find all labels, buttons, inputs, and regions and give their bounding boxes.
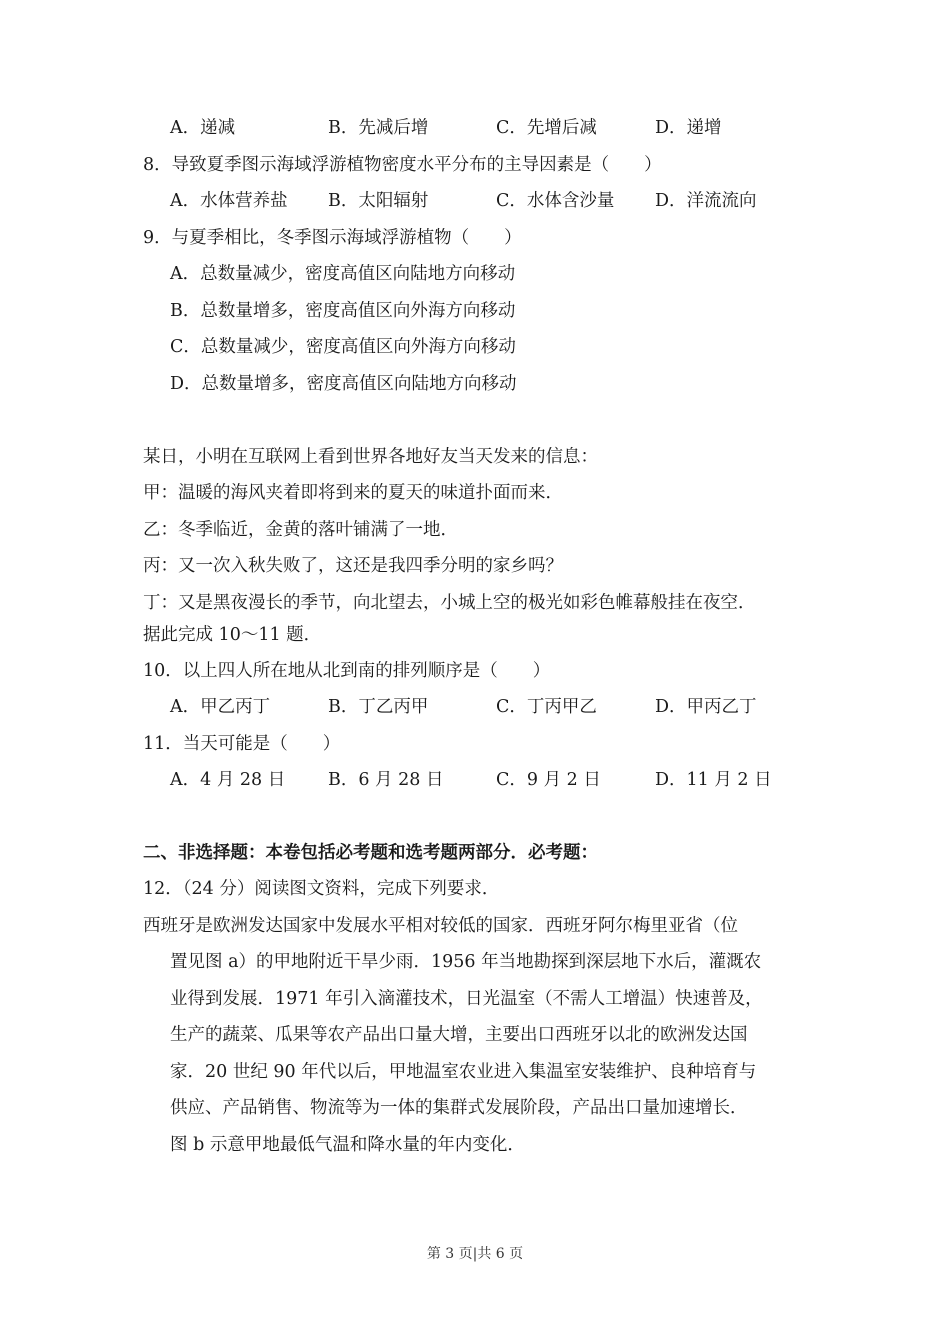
q9-option-b: B．总数量增多，密度高值区向外海方向移动 bbox=[170, 300, 515, 322]
passage-intro: 某日，小明在互联网上看到世界各地好友当天发来的信息： bbox=[143, 446, 598, 468]
q7-option-b: B．先减后增 bbox=[328, 117, 428, 139]
q10-option-b: B．丁乙丙甲 bbox=[328, 696, 428, 718]
q12-stem: 12．（24 分）阅读图文资料，完成下列要求． bbox=[143, 878, 499, 900]
q12-material-line: 生产的蔬菜、瓜果等农产品出口量大增，主要出口西班牙以北的欧洲发达国 bbox=[170, 1024, 748, 1046]
q8-stem: 8．导致夏季图示海域浮游植物密度水平分布的主导因素是（ ） bbox=[143, 154, 662, 176]
q9-option-c: C．总数量减少，密度高值区向外海方向移动 bbox=[170, 336, 516, 358]
section-heading: 二、非选择题：本卷包括必考题和选考题两部分．必考题： bbox=[143, 842, 598, 864]
q11-stem: 11．当天可能是（ ） bbox=[143, 733, 340, 755]
q8-option-d: D．洋流流向 bbox=[655, 190, 757, 212]
q11-option-b: B．6 月 28 日 bbox=[328, 769, 443, 791]
passage-bing: 丙：又一次入秋失败了，这还是我四季分明的家乡吗？ bbox=[143, 555, 563, 577]
passage-ding: 丁：又是黑夜漫长的季节，向北望去，小城上空的极光如彩色帷幕般挂在夜空． bbox=[143, 592, 756, 614]
q9-stem: 9．与夏季相比，冬季图示海域浮游植物（ ） bbox=[143, 227, 522, 249]
q10-option-c: C．丁丙甲乙 bbox=[496, 696, 597, 718]
passage-jia: 甲：温暖的海风夹着即将到来的夏天的味道扑面而来． bbox=[143, 482, 563, 504]
q11-option-d: D．11 月 2 日 bbox=[655, 769, 772, 791]
q11-option-a: A．4 月 28 日 bbox=[170, 769, 285, 791]
q12-material-line: 西班牙是欧洲发达国家中发展水平相对较低的国家．西班牙阿尔梅里亚省（位 bbox=[143, 915, 738, 937]
q12-material-line: 图 b 示意甲地最低气温和降水量的年内变化． bbox=[170, 1134, 525, 1156]
q7-option-c: C．先增后减 bbox=[496, 117, 597, 139]
q9-option-d: D．总数量增多，密度高值区向陆地方向移动 bbox=[170, 373, 517, 395]
q10-option-d: D．甲丙乙丁 bbox=[655, 696, 757, 718]
q9-option-a: A．总数量减少，密度高值区向陆地方向移动 bbox=[170, 263, 515, 285]
passage-instruction: 据此完成 10～11 题． bbox=[143, 624, 321, 646]
q11-option-c: C．9 月 2 日 bbox=[496, 769, 601, 791]
page-footer: 第 3 页|共 6 页 bbox=[0, 1243, 950, 1263]
q10-stem: 10．以上四人所在地从北到南的排列顺序是（ ） bbox=[143, 660, 550, 682]
q7-option-d: D．递增 bbox=[655, 117, 722, 139]
q8-option-c: C．水体含沙量 bbox=[496, 190, 614, 212]
q12-material-line: 置见图 a）的甲地附近干旱少雨．1956 年当地勘探到深层地下水后，灌溉农 bbox=[170, 951, 761, 973]
q7-option-a: A．递减 bbox=[170, 117, 235, 139]
q12-material-line: 家．20 世纪 90 年代以后，甲地温室农业进入集温室安装维护、良种培育与 bbox=[170, 1061, 756, 1083]
q10-option-a: A．甲乙丙丁 bbox=[170, 696, 270, 718]
q8-option-a: A．水体营养盐 bbox=[170, 190, 288, 212]
q12-material-line: 供应、产品销售、物流等为一体的集群式发展阶段，产品出口量加速增长． bbox=[170, 1097, 748, 1119]
q12-material-line: 业得到发展．1971 年引入滴灌技术，日光温室（不需人工增温）快速普及， bbox=[170, 988, 763, 1010]
passage-yi: 乙：冬季临近，金黄的落叶铺满了一地． bbox=[143, 519, 458, 541]
q8-option-b: B．太阳辐射 bbox=[328, 190, 428, 212]
